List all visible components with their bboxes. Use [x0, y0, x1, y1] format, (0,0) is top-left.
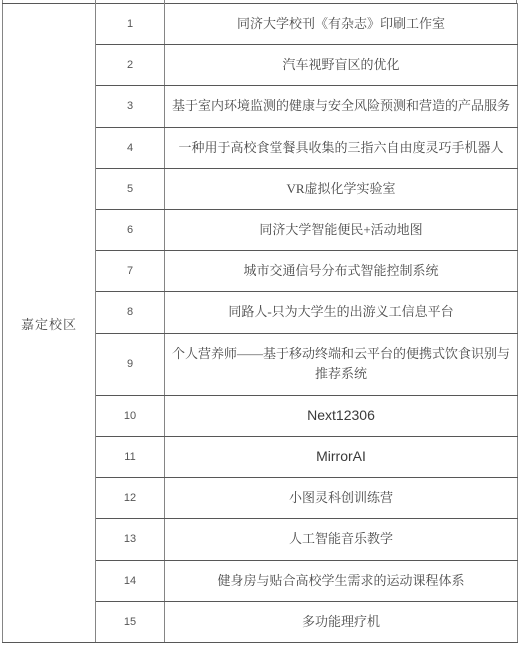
row-number-cell: 8	[96, 292, 165, 333]
project-name-cell: 同济大学校刊《有杂志》印刷工作室	[165, 4, 518, 45]
project-name-cell: Next12306	[165, 395, 518, 436]
campus-cell: 嘉定校区	[3, 4, 96, 643]
row-number-cell: 11	[96, 436, 165, 477]
project-name-cell: 同路人-只为大学生的出游义工信息平台	[165, 292, 518, 333]
row-number-cell: 5	[96, 168, 165, 209]
row-number-cell: 13	[96, 519, 165, 560]
row-number-cell: 14	[96, 560, 165, 601]
project-table: 嘉定校区1同济大学校刊《有杂志》印刷工作室2汽车视野盲区的优化3基于室内环境监测…	[2, 3, 518, 643]
page: { "page": { "background": "#ffffff" }, "…	[0, 0, 525, 650]
row-number-cell: 6	[96, 209, 165, 250]
project-name-cell: VR虚拟化学实验室	[165, 168, 518, 209]
row-number-cell: 7	[96, 251, 165, 292]
project-name-cell: 汽车视野盲区的优化	[165, 45, 518, 86]
row-number-cell: 15	[96, 601, 165, 642]
project-name-cell: 小图灵科创训练营	[165, 478, 518, 519]
project-name-cell: MirrorAI	[165, 436, 518, 477]
row-number-cell: 12	[96, 478, 165, 519]
table-row: 嘉定校区1同济大学校刊《有杂志》印刷工作室	[3, 4, 518, 45]
row-number-cell: 3	[96, 86, 165, 127]
row-number-cell: 9	[96, 333, 165, 395]
project-name-cell: 多功能理疗机	[165, 601, 518, 642]
project-name-cell: 个人营养师——基于移动终端和云平台的便携式饮食识别与推荐系统	[165, 333, 518, 395]
project-name-cell: 同济大学智能便民+活动地图	[165, 209, 518, 250]
project-name-cell: 城市交通信号分布式智能控制系统	[165, 251, 518, 292]
project-name-cell: 健身房与贴合高校学生需求的运动课程体系	[165, 560, 518, 601]
row-number-cell: 10	[96, 395, 165, 436]
project-name-cell: 人工智能音乐教学	[165, 519, 518, 560]
project-name-cell: 一种用于高校食堂餐具收集的三指六自由度灵巧手机器人	[165, 127, 518, 168]
row-number-cell: 2	[96, 45, 165, 86]
row-number-cell: 4	[96, 127, 165, 168]
row-number-cell: 1	[96, 4, 165, 45]
project-name-cell: 基于室内环境监测的健康与安全风险预测和营造的产品服务	[165, 86, 518, 127]
